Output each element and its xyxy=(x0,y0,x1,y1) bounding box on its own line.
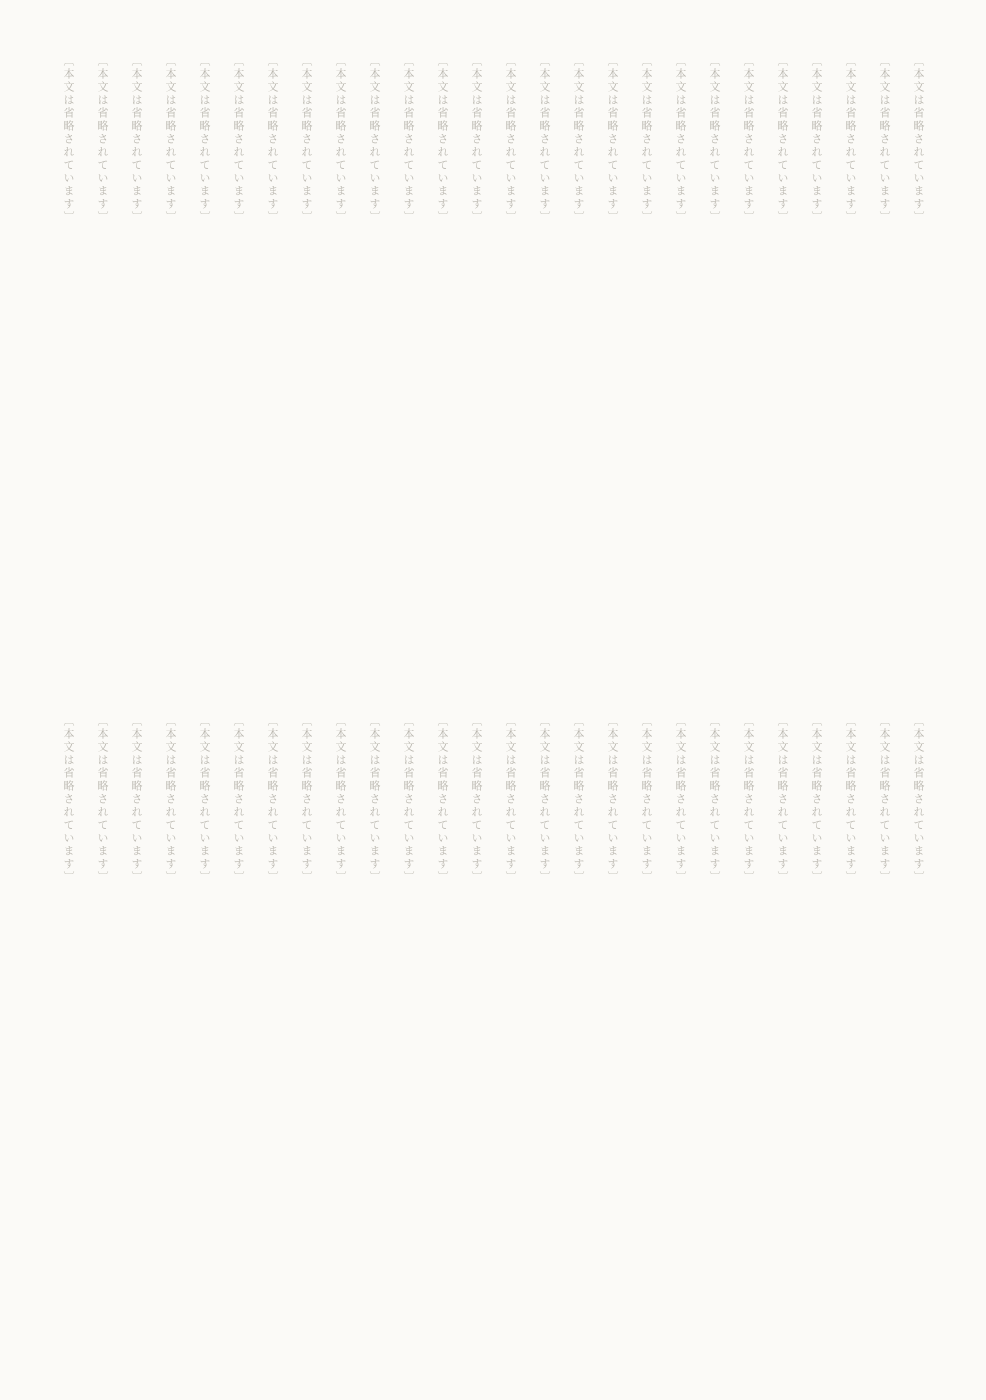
redacted-text-column: 〔本文は省略されています〕 xyxy=(60,715,76,1345)
redacted-text-column: 〔本文は省略されています〕 xyxy=(230,715,246,1345)
redacted-text-column: 〔本文は省略されています〕 xyxy=(536,715,552,1345)
redacted-text-column: 〔本文は省略されています〕 xyxy=(876,715,892,1345)
redacted-text-column: 〔本文は省略されています〕 xyxy=(672,715,688,1345)
redacted-text-column: 〔本文は省略されています〕 xyxy=(434,55,450,655)
redacted-text-column: 〔本文は省略されています〕 xyxy=(468,715,484,1345)
text-block-bottom: 〔本文は省略されています〕〔本文は省略されています〕〔本文は省略されています〕〔… xyxy=(60,715,926,1345)
redacted-text-column: 〔本文は省略されています〕 xyxy=(162,55,178,655)
text-block-top: 〔本文は省略されています〕〔本文は省略されています〕〔本文は省略されています〕〔… xyxy=(60,55,926,655)
redacted-text-column: 〔本文は省略されています〕 xyxy=(842,55,858,655)
redacted-text-column: 〔本文は省略されています〕 xyxy=(706,715,722,1345)
redacted-text-column: 〔本文は省略されています〕 xyxy=(366,55,382,655)
redacted-text-column: 〔本文は省略されています〕 xyxy=(774,715,790,1345)
redacted-text-column: 〔本文は省略されています〕 xyxy=(196,55,212,655)
redacted-text-column: 〔本文は省略されています〕 xyxy=(842,715,858,1345)
redacted-text-column: 〔本文は省略されています〕 xyxy=(740,55,756,655)
redacted-text-column: 〔本文は省略されています〕 xyxy=(128,55,144,655)
redacted-text-column: 〔本文は省略されています〕 xyxy=(604,715,620,1345)
redacted-text-column: 〔本文は省略されています〕 xyxy=(570,55,586,655)
redacted-text-column: 〔本文は省略されています〕 xyxy=(298,55,314,655)
redacted-text-column: 〔本文は省略されています〕 xyxy=(230,55,246,655)
redacted-text-column: 〔本文は省略されています〕 xyxy=(740,715,756,1345)
redacted-text-column: 〔本文は省略されています〕 xyxy=(638,55,654,655)
redacted-text-column: 〔本文は省略されています〕 xyxy=(502,715,518,1345)
redacted-text-column: 〔本文は省略されています〕 xyxy=(808,715,824,1345)
redacted-text-column: 〔本文は省略されています〕 xyxy=(876,55,892,655)
redacted-text-column: 〔本文は省略されています〕 xyxy=(502,55,518,655)
redacted-text-column: 〔本文は省略されています〕 xyxy=(400,715,416,1345)
redacted-text-column: 〔本文は省略されています〕 xyxy=(196,715,212,1345)
redacted-text-column: 〔本文は省略されています〕 xyxy=(162,715,178,1345)
redacted-text-column: 〔本文は省略されています〕 xyxy=(298,715,314,1345)
redacted-text-column: 〔本文は省略されています〕 xyxy=(468,55,484,655)
redacted-text-column: 〔本文は省略されています〕 xyxy=(672,55,688,655)
redacted-text-column: 〔本文は省略されています〕 xyxy=(94,55,110,655)
redacted-text-column: 〔本文は省略されています〕 xyxy=(332,55,348,655)
redacted-text-column: 〔本文は省略されています〕 xyxy=(366,715,382,1345)
redacted-text-column: 〔本文は省略されています〕 xyxy=(706,55,722,655)
redacted-text-column: 〔本文は省略されています〕 xyxy=(808,55,824,655)
redacted-text-column: 〔本文は省略されています〕 xyxy=(570,715,586,1345)
redacted-text-column: 〔本文は省略されています〕 xyxy=(94,715,110,1345)
redacted-text-column: 〔本文は省略されています〕 xyxy=(264,55,280,655)
redacted-text-column: 〔本文は省略されています〕 xyxy=(332,715,348,1345)
document-page: 〔本文は省略されています〕〔本文は省略されています〕〔本文は省略されています〕〔… xyxy=(0,0,986,1400)
redacted-text-column: 〔本文は省略されています〕 xyxy=(400,55,416,655)
redacted-text-column: 〔本文は省略されています〕 xyxy=(60,55,76,655)
redacted-text-column: 〔本文は省略されています〕 xyxy=(128,715,144,1345)
redacted-text-column: 〔本文は省略されています〕 xyxy=(774,55,790,655)
redacted-text-column: 〔本文は省略されています〕 xyxy=(536,55,552,655)
redacted-text-column: 〔本文は省略されています〕 xyxy=(264,715,280,1345)
redacted-text-column: 〔本文は省略されています〕 xyxy=(434,715,450,1345)
redacted-text-column: 〔本文は省略されています〕 xyxy=(604,55,620,655)
redacted-text-column: 〔本文は省略されています〕 xyxy=(638,715,654,1345)
redacted-text-column: 〔本文は省略されています〕 xyxy=(910,715,926,1345)
redacted-text-column: 〔本文は省略されています〕 xyxy=(910,55,926,655)
